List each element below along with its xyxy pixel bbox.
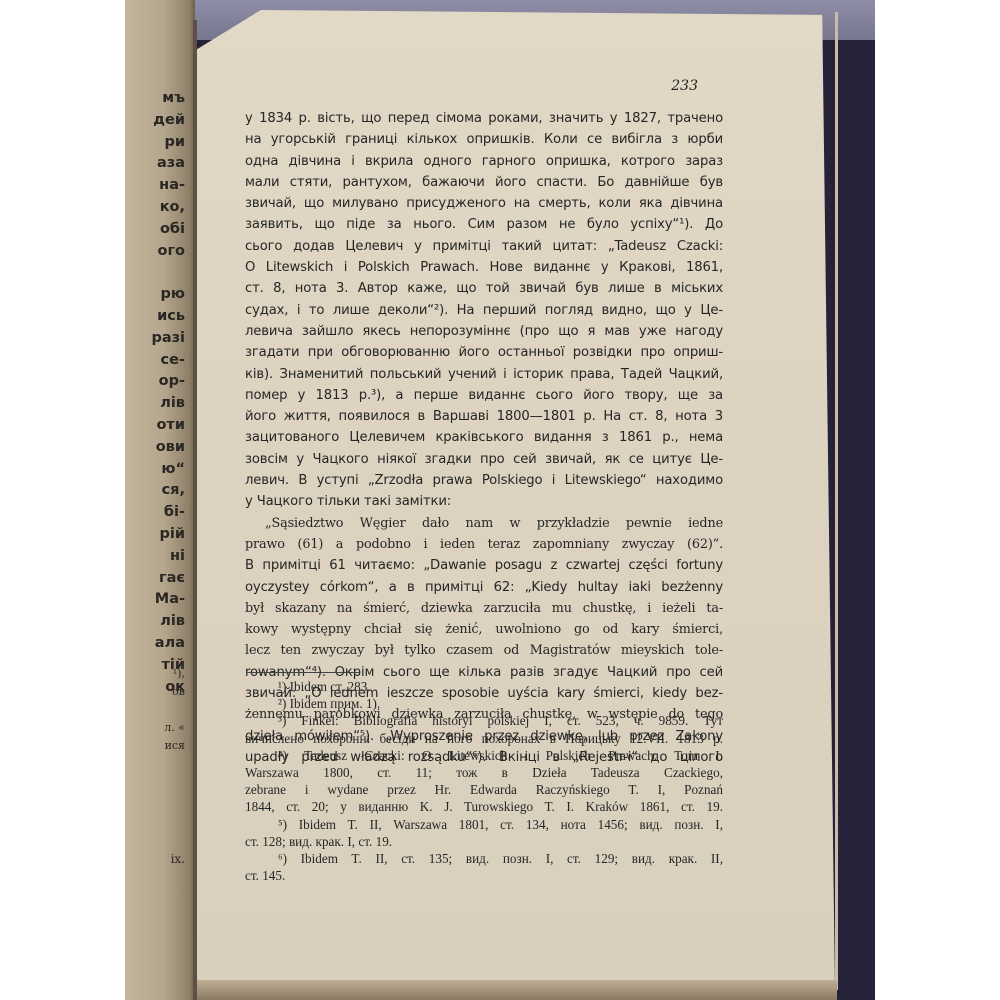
footnote-line: ⁴) Tadeusz Czacki: O Litewskich i Polski… xyxy=(245,747,723,764)
left-fragment: лів xyxy=(125,393,185,415)
footnote-line: вичислено похоронні бесіди на його похор… xyxy=(245,730,723,747)
book-bottom-edge xyxy=(197,980,837,1000)
left-footnote-fragment: л. « xyxy=(125,719,185,737)
left-fragment: рю xyxy=(125,284,185,306)
left-footnote-fragment: ¹), xyxy=(125,665,185,683)
body-line: зовсім у Чацкого ніякої згадки про сей з… xyxy=(245,449,723,470)
left-fragment: ого xyxy=(125,241,185,263)
page-edge xyxy=(835,12,838,990)
left-fragment: ись xyxy=(125,306,185,328)
body-line: у Чацкого тільки такі замітки: xyxy=(245,491,723,512)
footnotes: ¹) Ibidem ст. 283. ²) Ibidem прим. 1). ³… xyxy=(245,678,723,884)
footnote-line: ³) Finkel: Bibliografia historyi polskie… xyxy=(245,712,723,729)
left-fragment: ні xyxy=(125,546,185,568)
body-line: O Litewskich i Polskich Prawach. Нове ви… xyxy=(245,257,723,278)
footnote-line: Warszawa 1800, ст. 11; тож в Dzieła Tade… xyxy=(245,764,723,781)
left-fragment: разі xyxy=(125,328,185,350)
left-page-footnotes: ¹), ов л. « ися xyxy=(125,665,185,755)
body-line: звичай, що милувано присудженого на смер… xyxy=(245,193,723,214)
left-fragment: обі xyxy=(125,219,185,241)
left-fragment: ови xyxy=(125,437,185,459)
left-fragment: аза xyxy=(125,153,185,175)
footnote-line: ⁶) Ibidem T. II, ст. 135; вид. позн. I, … xyxy=(245,850,723,867)
left-fragment: ор- xyxy=(125,371,185,393)
left-fragment: дей xyxy=(125,110,185,132)
footnote-line: ст. 128; вид. крак. I, ст. 19. xyxy=(245,833,723,850)
body-line: судах, і то лише деколи“²). На перший по… xyxy=(245,300,723,321)
body-line: на угорській границі кількох опришків. К… xyxy=(245,129,723,150)
body-line: ст. 8, нота 3. Автор каже, що той звичай… xyxy=(245,278,723,299)
left-fragment: се- xyxy=(125,350,185,372)
book-gutter xyxy=(193,20,197,1000)
quote-line: prawo (61) a podobno i ieden teraz zapom… xyxy=(245,534,723,555)
body-line: левича зайшло якесь непорозуміннє (про щ… xyxy=(245,321,723,342)
left-fragment: Ма- xyxy=(125,589,185,611)
body-line: у 1834 р. вість, що перед сімома роками,… xyxy=(245,108,723,129)
body-line: згадати при обговорюванню його останньої… xyxy=(245,342,723,363)
body-line: його життя, появилося в Варшаві 1800—180… xyxy=(245,406,723,427)
left-footnote-fragment xyxy=(125,701,185,719)
body-line: oyczystey córkom“, а в примітці 62: „Kie… xyxy=(245,577,723,598)
body-line: заявить, що піде за нього. Сим разом не … xyxy=(245,214,723,235)
page-number: 233 xyxy=(665,78,698,94)
footnote-line: ²) Ibidem прим. 1). xyxy=(245,695,723,712)
left-fragment: лів xyxy=(125,611,185,633)
left-fragment: ся, xyxy=(125,480,185,502)
quote-line: kowy występny chciał się żenić, uwolnion… xyxy=(245,619,723,640)
left-fragment: на- xyxy=(125,175,185,197)
footnote-line: ст. 145. xyxy=(245,867,723,884)
left-fragment: гає xyxy=(125,568,185,590)
left-fragment: ри xyxy=(125,132,185,154)
left-fragment: ко, xyxy=(125,197,185,219)
body-line: ків). Знаменитий польський учений і істо… xyxy=(245,364,723,385)
left-footnote-fragment: ися xyxy=(125,737,185,755)
left-fragment: ала xyxy=(125,633,185,655)
body-line: мали стяти, рантухом, бажаючи його спаст… xyxy=(245,172,723,193)
left-page-text: мъ дей ри аза на- ко, обі ого рю ись раз… xyxy=(125,88,185,698)
left-page-bottom-text: іх. xyxy=(125,852,185,866)
body-line: помер у 1813 р.³), а перше виданнє сього… xyxy=(245,385,723,406)
left-page: мъ дей ри аза на- ко, обі ого рю ись раз… xyxy=(125,0,195,1000)
body-line: левич. В уступі „Zrzodła prawa Polskiego… xyxy=(245,470,723,491)
body-line: одна дівчина і вкрила одного гарного опр… xyxy=(245,151,723,172)
body-line: зацитованого Целевичем краківського вида… xyxy=(245,427,723,448)
footnote-line: 1844, ст. 20; у виданню K. J. Turowskieg… xyxy=(245,798,723,815)
footnote-line: ¹) Ibidem ст. 283. xyxy=(245,678,723,695)
left-fragment: ю“ xyxy=(125,459,185,481)
left-fragment: мъ xyxy=(125,88,185,110)
quote-line: lecz ten zwyczay był tylko czasem od Mag… xyxy=(245,640,723,661)
left-footnote-fragment: ов xyxy=(125,683,185,701)
quote-line: był skazany na śmierć, dziewka zarzuciła… xyxy=(245,598,723,619)
body-line: сього додав Целевич у примітці такий цит… xyxy=(245,236,723,257)
footnote-separator xyxy=(247,672,359,673)
left-fragment: рій xyxy=(125,524,185,546)
body-line: В примітці 61 читаємо: „Dawanie posagu z… xyxy=(245,555,723,576)
quote-line: „Sąsiedztwo Węgier dało nam w przykładzi… xyxy=(245,513,723,534)
footnote-line: zebrane i wydane przez Hr. Edwarda Raczy… xyxy=(245,781,723,798)
left-fragment xyxy=(125,262,185,284)
left-fragment: бі- xyxy=(125,502,185,524)
body-text: у 1834 р. вість, що перед сімома роками,… xyxy=(245,108,723,768)
left-fragment: оти xyxy=(125,415,185,437)
footnote-line: ⁵) Ibidem T. II, Warszawa 1801, ст. 134,… xyxy=(245,816,723,833)
